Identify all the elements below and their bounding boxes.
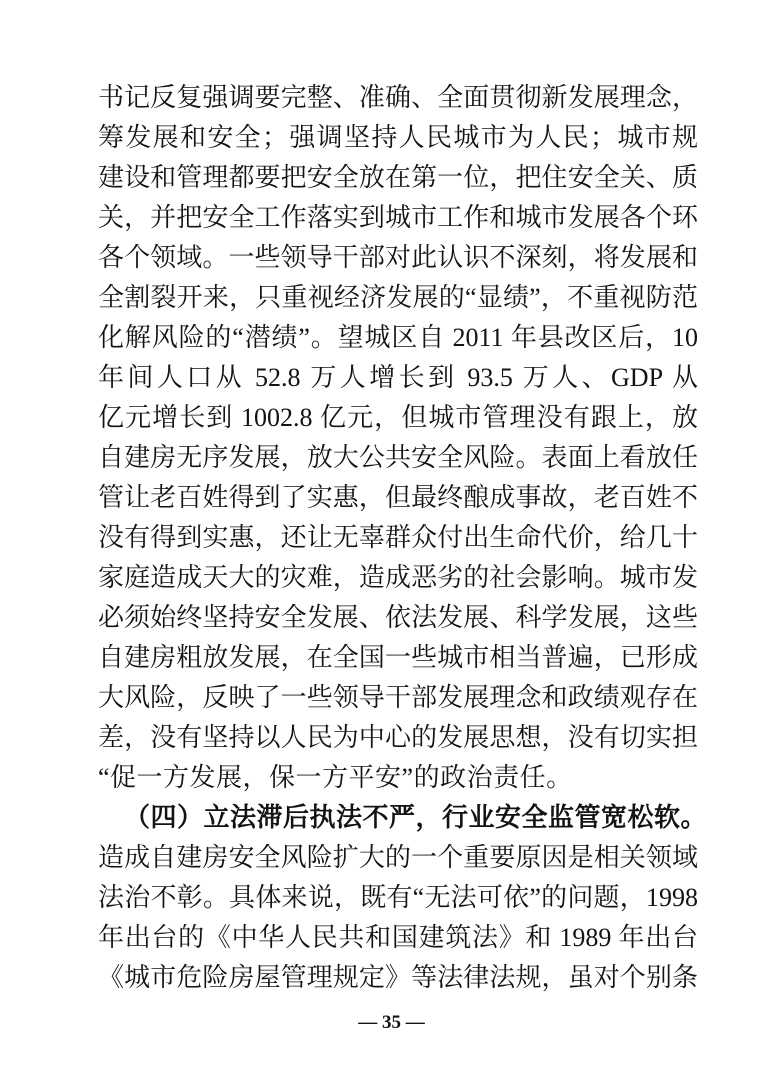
page-number: — 35 — bbox=[358, 1012, 425, 1033]
text-line: 法治不彰。具体来说，既有“无法可依”的问题，1998 bbox=[98, 878, 698, 918]
text-line: 差，没有坚持以人民为中心的发展思想，没有切实担起 bbox=[98, 718, 698, 758]
text-line: 自建房无序发展，放大公共安全风险。表面上看放任不 bbox=[98, 438, 698, 478]
text-line: 全割裂开来，只重视经济发展的“显绩”，不重视防范 bbox=[98, 278, 698, 318]
text-line: 关，并把安全工作落实到城市工作和城市发展各个环节 bbox=[98, 198, 698, 238]
text-line: 年出台的《中华人民共和国建筑法》和 1989 年出台的 bbox=[98, 918, 698, 958]
text-line: 家庭造成天大的灾难，造成恶劣的社会影响。城市发展 bbox=[98, 558, 698, 598]
text-line: 筹发展和安全；强调坚持人民城市为人民；城市规划、 bbox=[98, 118, 698, 158]
text-line: 管让老百姓得到了实惠，但最终酿成事故，老百姓不仅 bbox=[98, 478, 698, 518]
text-line: 必须始终坚持安全发展、依法发展、科学发展，这些年 bbox=[98, 598, 698, 638]
text-line: 没有得到实惠，还让无辜群众付出生命代价，给几十户 bbox=[98, 518, 698, 558]
text-line: 大风险，反映了一些领导干部发展理念和政绩观存在偏 bbox=[98, 678, 698, 718]
body-text: 书记反复强调要完整、准确、全面贯彻新发展理念，统筹发展和安全；强调坚持人民城市为… bbox=[98, 78, 698, 998]
text-line: “促一方发展，保一方平安”的政治责任。 bbox=[98, 758, 698, 798]
document-page: 书记反复强调要完整、准确、全面贯彻新发展理念，统筹发展和安全；强调坚持人民城市为… bbox=[0, 0, 783, 1088]
page-footer: — 35 — bbox=[0, 1008, 783, 1038]
text-line: 亿元增长到 1002.8 亿元，但城市管理没有跟上，放任 bbox=[98, 398, 698, 438]
text-line: 自建房粗放发展，在全国一些城市相当普遍，已形成重 bbox=[98, 638, 698, 678]
text-line: 书记反复强调要完整、准确、全面贯彻新发展理念，统 bbox=[98, 78, 698, 118]
text-line: 建设和管理都要把安全放在第一位，把住安全关、质量 bbox=[98, 158, 698, 198]
text-line: 化解风险的“潜绩”。望城区自 2011 年县改区后，10 bbox=[98, 318, 698, 358]
text-line: 年间人口从 52.8 万人增长到 93.5 万人、GDP 从 327.4 bbox=[98, 358, 698, 398]
section-heading: （四）立法滞后执法不严，行业安全监管宽松软。 bbox=[98, 798, 698, 838]
text-line: 造成自建房安全风险扩大的一个重要原因是相关领域 bbox=[98, 838, 698, 878]
text-line: 《城市危险房屋管理规定》等法律法规，虽对个别条款 bbox=[98, 958, 698, 998]
text-line: 各个领域。一些领导干部对此认识不深刻，将发展和安 bbox=[98, 238, 698, 278]
